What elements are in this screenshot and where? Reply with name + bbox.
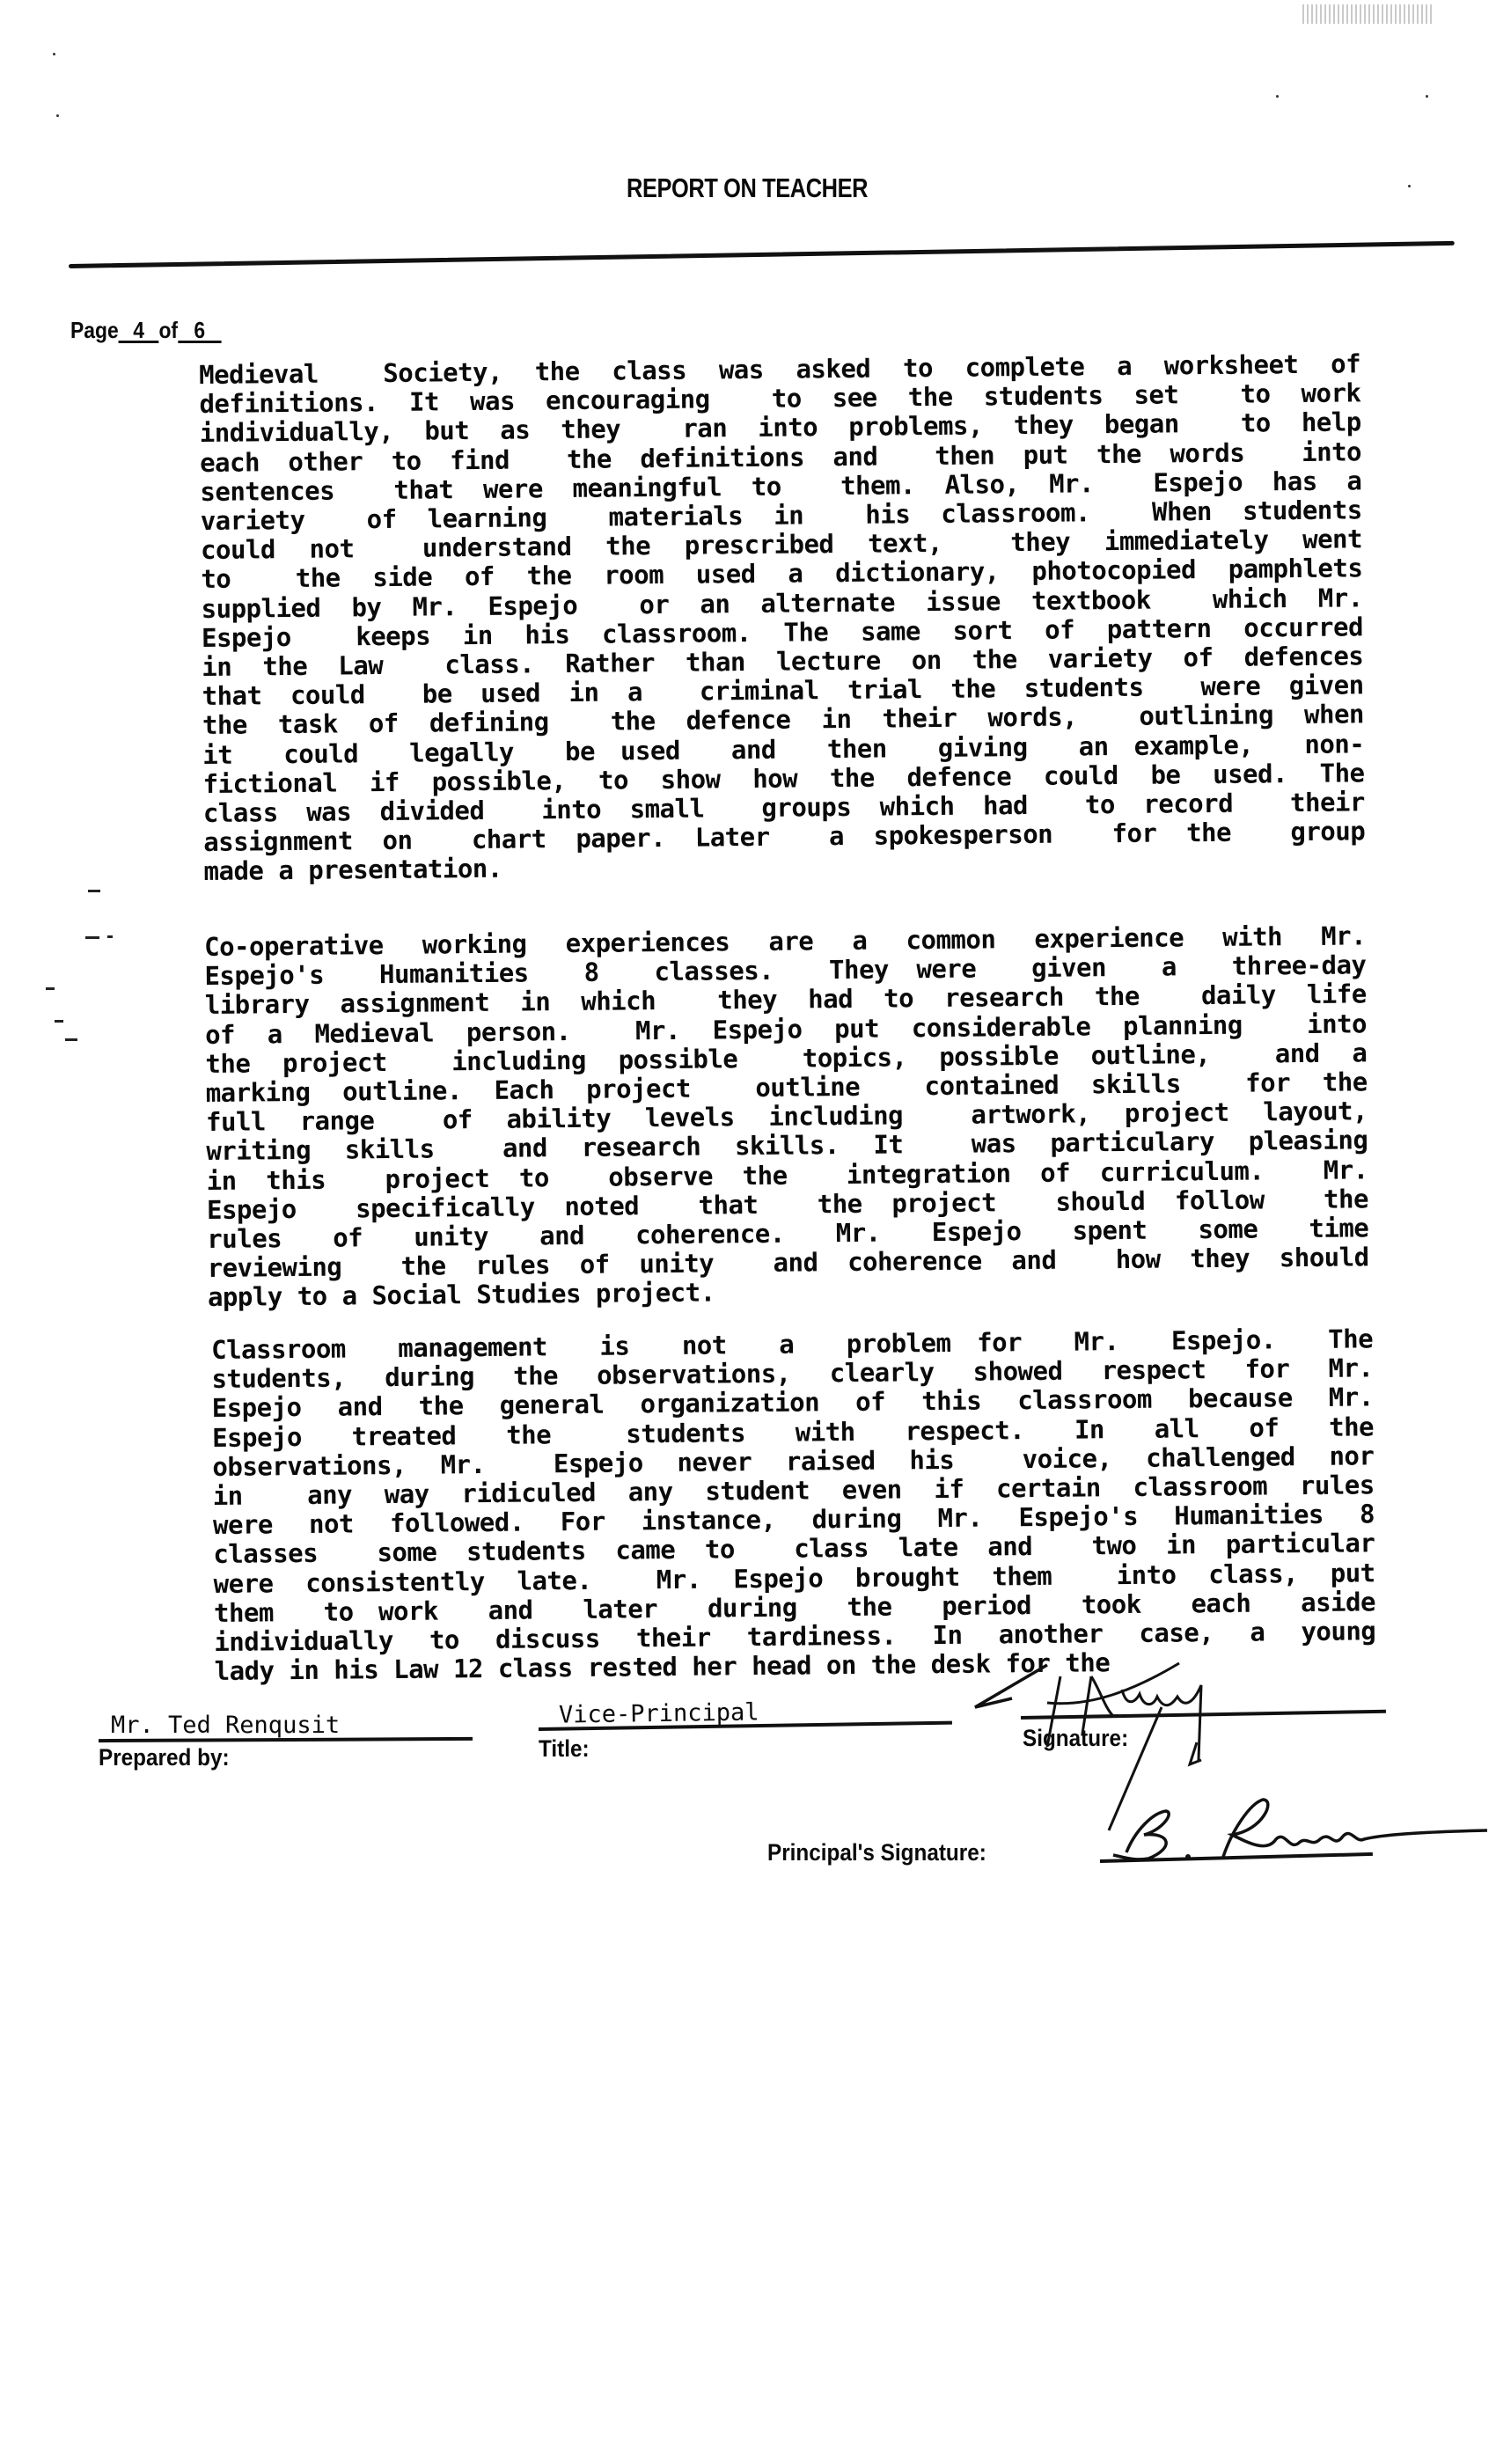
scan-speck [56, 114, 59, 117]
page-title: REPORT ON TEACHER [627, 172, 868, 204]
title-label: Title: [539, 1735, 590, 1763]
principal-signature-label: Principal's Signature: [767, 1839, 986, 1866]
scan-speck [1408, 185, 1411, 187]
prepared-by-value: Mr. Ted Renqusit [111, 1712, 340, 1739]
margin-mark [85, 936, 99, 939]
paragraph-2: Co-operative working experiences are a c… [204, 921, 1369, 1312]
principal-signature [1100, 1795, 1496, 1874]
margin-mark [88, 890, 100, 892]
page-total: 6 [178, 319, 221, 343]
prepared-by-label: Prepared by: [99, 1744, 230, 1771]
scan-artifact [1302, 4, 1434, 24]
page-current: 4 [119, 319, 159, 343]
margin-mark [65, 1038, 77, 1041]
margin-mark [55, 1020, 63, 1023]
paragraph-1: Medieval Society, the class was asked to… [199, 349, 1366, 886]
header-divider [69, 241, 1455, 268]
scan-speck [1426, 95, 1428, 98]
margin-mark [46, 987, 55, 990]
scan-speck [1276, 95, 1279, 98]
scan-speck [53, 53, 55, 55]
document-page: REPORT ON TEACHER Page4of6 Medieval Soci… [0, 0, 1496, 2464]
prepared-by-line [99, 1737, 473, 1742]
margin-mark [107, 935, 113, 938]
paragraph-3: Classroom management is not a problem fo… [211, 1324, 1376, 1686]
page-of-label: of [158, 317, 178, 343]
page-indicator: Page4of6 [70, 317, 221, 344]
page-label: Page [70, 317, 119, 343]
